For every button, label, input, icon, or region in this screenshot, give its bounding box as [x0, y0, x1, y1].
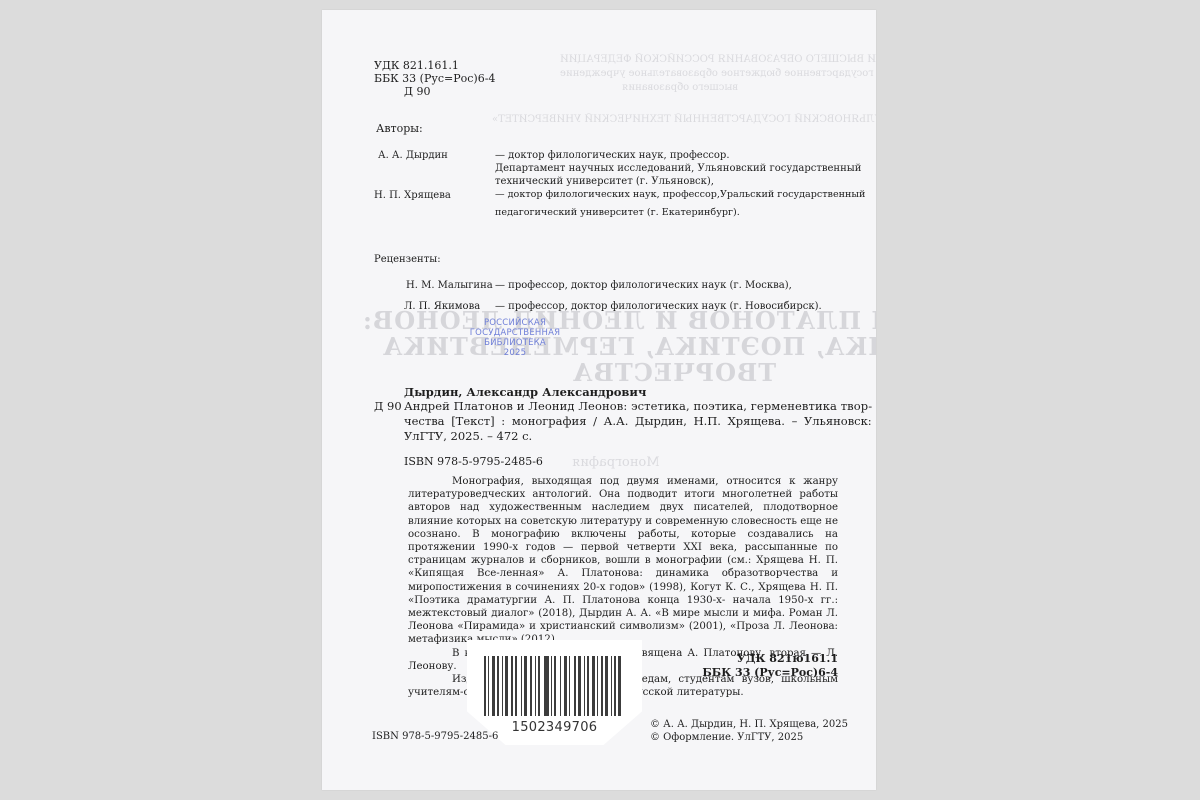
book-page: МИНИСТЕРСТВО НАУКИ И ВЫСШЕГО ОБРАЗОВАНИЯ…	[322, 10, 876, 790]
udk-code: УДК 821.161.1	[374, 59, 459, 72]
record-line: УлГТУ, 2025. – 472 с.	[404, 429, 532, 443]
reviewer-description: — профессор, доктор филологических наук …	[495, 279, 792, 292]
record-line: чества [Текст] : монография / А.А. Дырди…	[404, 414, 872, 428]
footer-udk: УДК 821ю161.1	[737, 652, 838, 665]
record-isbn: ISBN 978-5-9795-2485-6	[404, 455, 543, 468]
bleed-through-subtitle: Монография	[572, 455, 660, 470]
record-line: Андрей Платонов и Леонид Леонов: эстетик…	[404, 399, 872, 413]
author-description: технический университет (г. Ульяновск),	[495, 175, 714, 188]
reviewers-heading: Рецензенты:	[374, 253, 441, 266]
stamp-line: РОССИЙСКАЯ	[460, 318, 570, 328]
bleed-through-title: ЭСТЕТИКА, ПОЭТИКА, ГЕРМЕНЕВТИКА	[382, 332, 876, 361]
bleed-through-line: «УЛЬЯНОВСКИЙ ГОСУДАРСТВЕННЫЙ ТЕХНИЧЕСКИЙ…	[492, 114, 876, 125]
annotation-paragraph: Монография, выходящая под двумя именами,…	[408, 475, 838, 647]
bleed-through-line: высшего образования	[622, 82, 738, 93]
record-mark: Д 90	[374, 399, 402, 413]
author-name: А. А. Дырдин	[378, 149, 448, 162]
bleed-through-line: федеральное государственное бюджетное об…	[560, 68, 876, 79]
authors-heading: Авторы:	[376, 122, 423, 135]
reviewer-name: Л. П. Якимова	[404, 300, 480, 313]
copyright-authors: © А. А. Дырдин, Н. П. Хрящева, 2025	[650, 718, 848, 731]
footer-isbn: ISBN 978-5-9795-2485-6	[372, 730, 498, 743]
stamp-line: 2025	[460, 348, 570, 358]
author-description: Департамент научных исследований, Ульяно…	[495, 162, 861, 175]
author-mark: Д 90	[404, 85, 430, 98]
author-name: Н. П. Хрящева	[374, 189, 451, 202]
bleed-through-title: ТВОРЧЕСТВА	[572, 358, 776, 387]
footer-bbk: ББК 33 (Рус=Рос)6-4	[702, 666, 838, 679]
author-description: — доктор филологических наук, профессор.	[495, 149, 730, 162]
record-author-heading: Дырдин, Александр Александрович	[404, 385, 646, 399]
bbk-code: ББК 33 (Рус=Рос)6-4	[374, 72, 495, 85]
author-description: — доктор филологических наук, профессор,…	[495, 188, 865, 201]
bleed-through-line: МИНИСТЕРСТВО НАУКИ И ВЫСШЕГО ОБРАЗОВАНИЯ…	[560, 54, 876, 65]
author-description: педагогический университет (г. Екатеринб…	[495, 206, 740, 219]
library-stamp: РОССИЙСКАЯ ГОСУДАРСТВЕННАЯ БИБЛИОТЕКА 20…	[460, 318, 570, 358]
reviewer-name: Н. М. Малыгина	[406, 279, 493, 292]
reviewer-description: — профессор, доктор филологических наук …	[495, 300, 822, 313]
barcode-bars	[484, 656, 635, 716]
stamp-line: ГОСУДАРСТВЕННАЯ	[460, 328, 570, 338]
copyright-design: © Оформление. УлГТУ, 2025	[650, 731, 803, 744]
stamp-line: БИБЛИОТЕКА	[460, 338, 570, 348]
